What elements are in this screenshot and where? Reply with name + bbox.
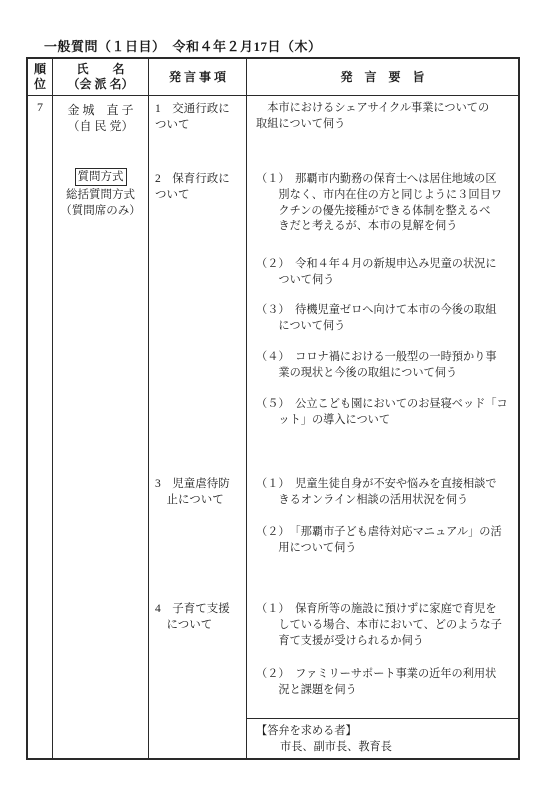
topic-item-1: 1 交通行政に ついて (155, 101, 244, 133)
speaker-cell: 金 城 直 子 （自 民 党） 質問方式 総括質問方式 （質問席のみ） (53, 96, 149, 759)
summary-item: （４） コロナ禍における一般型の一時預かり事 業の現状と今後の取組について伺う (256, 350, 514, 382)
header-name: 氏 名 （会 派 名） (53, 59, 149, 95)
summary-item: （１） 児童生徒自身が不安や悩みを直接相談で きるオンライン相談の活用状況を伺う (256, 477, 514, 509)
summary-item: （２） 「那覇市子ども虐待対応マニュアル」の活 用について伺う (256, 525, 514, 557)
document-page: 一般質問（１日目） 令和４年２月17日（木） 順 位 氏 名 （会 派 名） 発… (0, 0, 548, 800)
header-summary: 発 言 要 旨 (247, 59, 518, 95)
summary-item: （３） 待機児童ゼロへ向けて本市の今後の取組 について伺う (256, 303, 514, 335)
topic-item-4: 4 子育て支援 について (155, 601, 244, 633)
question-method-note: （質問席のみ） (53, 203, 148, 219)
summary-item: 本市におけるシェアサイクル事業についての 取組について伺う (256, 101, 514, 133)
topics-cell: 1 交通行政に ついて 2 保育行政に ついて 3 児童虐待防 止について 4 … (149, 96, 247, 759)
table-body-row: 7 金 城 直 子 （自 民 党） 質問方式 総括質問方式 （質問席のみ） 1 … (28, 96, 518, 759)
respondents-section: 【答弁を求める者】 市長、副市長、教育長 (247, 718, 518, 759)
header-topics: 発 言 事 項 (149, 59, 247, 95)
header-name-line1: 氏 名 (76, 62, 124, 77)
summary-item: （１） 那覇市内勤務の保育士へは居住地域の区 別なく、市内在住の方と同じように３… (256, 172, 514, 235)
summary-item: （１） 保育所等の施設に預けずに家庭で育児を している場合、本市において、どのよ… (256, 602, 514, 649)
speaker-party: （自 民 党） (53, 117, 148, 134)
topic-item-2: 2 保育行政に ついて (155, 171, 244, 203)
respondents-header: 【答弁を求める者】 (256, 723, 509, 739)
summary-item: （２） 令和４年４月の新規申込み児童の状況に ついて伺う (256, 257, 514, 289)
table-header-row: 順 位 氏 名 （会 派 名） 発 言 事 項 発 言 要 旨 (28, 59, 518, 96)
header-name-line2: （会 派 名） (67, 77, 133, 92)
topic-item-3: 3 児童虐待防 止について (155, 476, 244, 508)
speaker-name: 金 城 直 子 (53, 101, 148, 118)
respondents-names: 市長、副市長、教育長 (256, 739, 509, 755)
rank-value: 7 (28, 100, 52, 115)
question-method-value: 総括質問方式 (53, 187, 148, 203)
document-title: 一般質問（１日目） 令和４年２月17日（木） (44, 36, 322, 55)
question-method-label: 質問方式 (75, 168, 127, 186)
summary-cell: 本市におけるシェアサイクル事業についての 取組について伺う （１） 那覇市内勤務… (247, 96, 518, 759)
rank-cell: 7 (28, 96, 53, 759)
question-method: 質問方式 総括質問方式 （質問席のみ） (53, 168, 148, 219)
summary-item: （５） 公立こども園においてのお昼寝ベッド「コ ット」の導入について (256, 397, 514, 429)
question-schedule-table: 順 位 氏 名 （会 派 名） 発 言 事 項 発 言 要 旨 7 金 城 直 … (26, 57, 520, 760)
header-rank: 順 位 (28, 59, 53, 95)
summary-item: （２） ファミリーサポート事業の近年の利用状 況と課題を伺う (256, 667, 514, 699)
